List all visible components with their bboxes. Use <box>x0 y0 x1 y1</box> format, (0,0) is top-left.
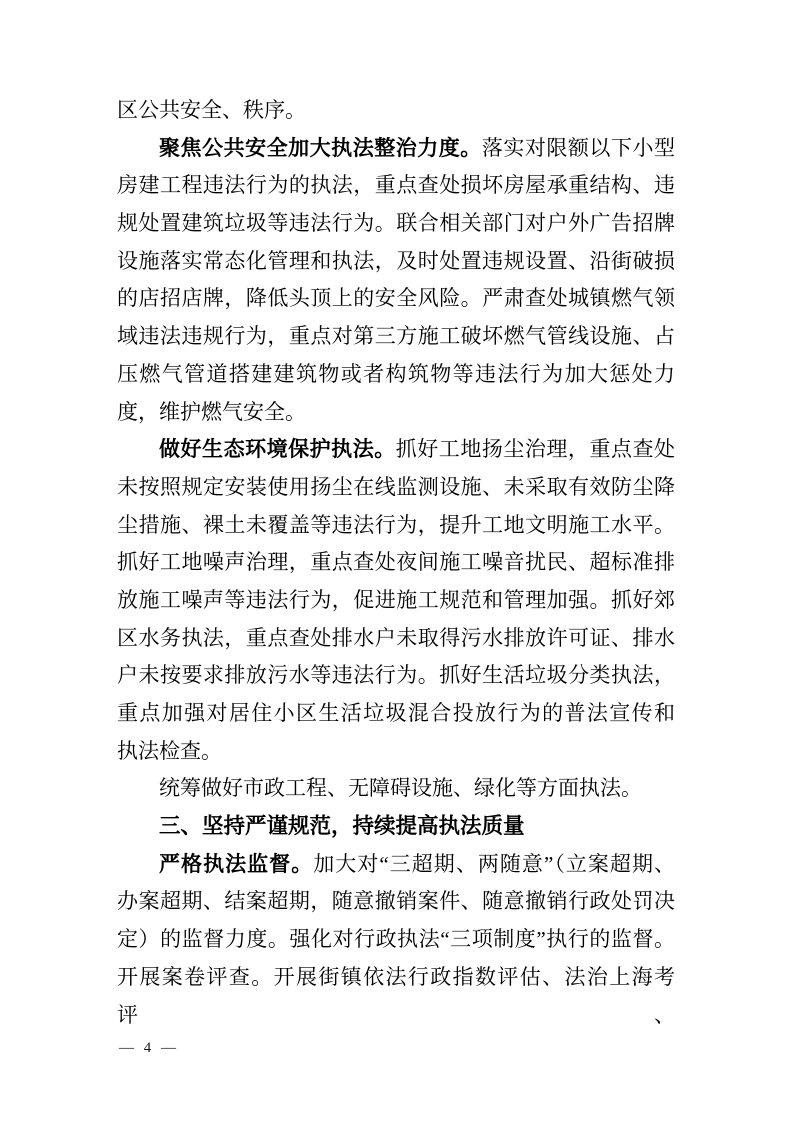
text-run: 度，维护燃气安全。 <box>117 400 306 424</box>
text-line: 办案超期、结案超期，随意撤销案件、随意撤销行政处罚决 <box>117 883 675 921</box>
text-run: 办案超期、结案超期，随意撤销案件、随意撤销行政处罚决 <box>117 889 675 913</box>
document-page: 区公共安全、秩序。聚焦公共安全加大执法整治力度。落实对限额以下小型房建工程违法行… <box>0 0 793 1122</box>
text-line: 聚焦公共安全加大执法整治力度。落实对限额以下小型 <box>117 130 675 168</box>
text-run: 未按照规定安装使用扬尘在线监测设施、未采取有效防尘降 <box>117 475 675 499</box>
text-run: 抓好工地噪声治理，重点查处夜间施工噪音扰民、超标准排 <box>117 550 675 574</box>
text-run: 户未按要求排放污水等违法行为。抓好生活垃圾分类执法， <box>117 663 675 687</box>
text-line: 执法检查。 <box>117 733 675 771</box>
text-run: 重点加强对居住小区生活垃圾混合投放行为的普法宣传和 <box>117 701 675 725</box>
text-run: 放施工噪声等违法行为，促进施工规范和管理加强。抓好郊 <box>117 588 675 612</box>
text-run: 房建工程违法行为的执法，重点查处损坏房屋承重结构、违 <box>117 173 675 197</box>
document-body: 区公共安全、秩序。聚焦公共安全加大执法整治力度。落实对限额以下小型房建工程违法行… <box>117 92 675 997</box>
text-line: 度，维护燃气安全。 <box>117 394 675 432</box>
text-line: 统筹做好市政工程、无障碍设施、绿化等方面执法。 <box>117 770 675 808</box>
run-in-emphasis: 严格执法监督。 <box>159 852 313 876</box>
text-run: 设施落实常态化管理和执法，及时处置违规设置、沿街破损 <box>117 249 675 273</box>
text-line: 区水务执法，重点查处排水户未取得污水排放许可证、排水 <box>117 620 675 658</box>
text-line: 重点加强对居住小区生活垃圾混合投放行为的普法宣传和 <box>117 695 675 733</box>
text-run: 压燃气管道搭建建筑物或者构筑物等违法行为加大惩处力 <box>117 362 675 386</box>
text-line: 开展案卷评查。开展街镇依法行政指数评估、法治上海考评、 <box>117 959 675 997</box>
text-run: 执法检查。 <box>117 739 222 763</box>
text-line: 设施落实常态化管理和执法，及时处置违规设置、沿街破损 <box>117 243 675 281</box>
text-run: 开展案卷评查。开展街镇依法行政指数评估、法治上海考评、 <box>117 965 675 1027</box>
text-run: 定）的监督力度。强化对行政执法“三项制度”执行的监督。 <box>117 927 675 951</box>
text-run: 规处置建筑垃圾等违法行为。联合相关部门对户外广告招牌 <box>117 211 675 235</box>
text-line: 未按照规定安装使用扬尘在线监测设施、未采取有效防尘降 <box>117 469 675 507</box>
text-line: 域违法违规行为，重点对第三方施工破坏燃气管线设施、占 <box>117 318 675 356</box>
text-run: 加大对“三超期、两随意”（立案超期、 <box>313 852 675 876</box>
text-line: 房建工程违法行为的执法，重点查处损坏房屋承重结构、违 <box>117 167 675 205</box>
text-run: 抓好工地扬尘治理，重点查处 <box>396 437 675 461</box>
text-line: 定）的监督力度。强化对行政执法“三项制度”执行的监督。 <box>117 921 675 959</box>
run-in-emphasis: 做好生态环境保护执法。 <box>159 437 396 461</box>
text-line: 压燃气管道搭建建筑物或者构筑物等违法行为加大惩处力 <box>117 356 675 394</box>
run-in-emphasis: 聚焦公共安全加大执法整治力度。 <box>159 136 482 160</box>
text-run: 尘措施、裸土未覆盖等违法行为，提升工地文明施工水平。 <box>117 513 675 537</box>
text-run: 统筹做好市政工程、无障碍设施、绿化等方面执法。 <box>159 776 642 800</box>
text-run: 区公共安全、秩序。 <box>117 98 306 122</box>
text-line: 做好生态环境保护执法。抓好工地扬尘治理，重点查处 <box>117 431 675 469</box>
text-line: 区公共安全、秩序。 <box>117 92 675 130</box>
text-run: 的店招店牌，降低头顶上的安全风险。严肃查处城镇燃气领 <box>117 286 675 310</box>
text-line: 严格执法监督。加大对“三超期、两随意”（立案超期、 <box>117 846 675 884</box>
text-line: 抓好工地噪声治理，重点查处夜间施工噪音扰民、超标准排 <box>117 544 675 582</box>
text-line: 户未按要求排放污水等违法行为。抓好生活垃圾分类执法， <box>117 657 675 695</box>
text-line: 的店招店牌，降低头顶上的安全风险。严肃查处城镇燃气领 <box>117 280 675 318</box>
text-run: 落实对限额以下小型 <box>482 136 675 160</box>
text-run: 域违法违规行为，重点对第三方施工破坏燃气管线设施、占 <box>117 324 675 348</box>
page-number: — 4 — <box>119 1038 179 1058</box>
section-heading: 三、坚持严谨规范，持续提高执法质量 <box>117 808 675 846</box>
text-line: 尘措施、裸土未覆盖等违法行为，提升工地文明施工水平。 <box>117 507 675 545</box>
text-run: 区水务执法，重点查处排水户未取得污水排放许可证、排水 <box>117 626 675 650</box>
text-line: 放施工噪声等违法行为，促进施工规范和管理加强。抓好郊 <box>117 582 675 620</box>
run-in-emphasis: 三、坚持严谨规范，持续提高执法质量 <box>159 814 525 838</box>
text-line: 规处置建筑垃圾等违法行为。联合相关部门对户外广告招牌 <box>117 205 675 243</box>
